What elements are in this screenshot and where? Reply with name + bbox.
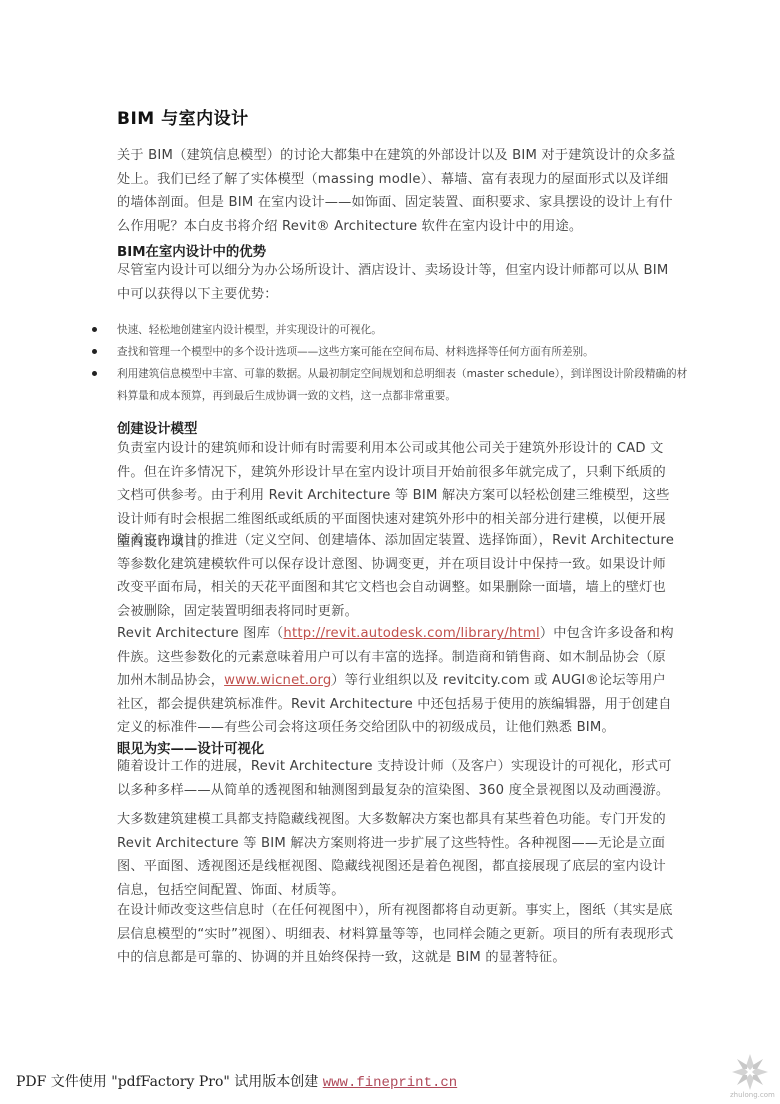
- bullet-icon: [92, 327, 97, 332]
- page-title: BIM 与室内设计: [117, 104, 249, 129]
- bullet-icon: [92, 371, 97, 376]
- list-item: 快速、轻松地创建室内设计模型，并实现设计的可视化。: [88, 319, 688, 341]
- advantages-list: 快速、轻松地创建室内设计模型，并实现设计的可视化。 查找和管理一个模型中的多个设…: [88, 319, 688, 407]
- visualization-paragraph-1: 随着设计工作的进展，Revit Architecture 支持设计师（及客户）实…: [117, 755, 677, 802]
- document-page: BIM 与室内设计 关于 BIM（建筑信息模型）的讨论大都集中在建筑的外部设计以…: [0, 0, 780, 1104]
- library-paragraph: Revit Architecture 图库（http://revit.autod…: [117, 622, 677, 740]
- list-item-text: 快速、轻松地创建室内设计模型，并实现设计的可视化。: [117, 324, 382, 336]
- advantages-paragraph: 尽管室内设计可以细分为办公场所设计、酒店设计、卖场设计等，但室内设计师都可以从 …: [117, 259, 677, 306]
- list-item: 查找和管理一个模型中的多个设计选项——这些方案可能在空间布局、材料选择等任何方面…: [88, 341, 688, 363]
- revit-library-link[interactable]: http://revit.autodesk.com/library/html: [283, 626, 539, 641]
- fineprint-link[interactable]: www.fineprint.cn: [323, 1075, 457, 1091]
- list-item: 利用建筑信息模型中丰富、可靠的数据。从最初制定空间规划和总明细表（master …: [88, 363, 688, 407]
- watermark: zhulong.com: [730, 1052, 774, 1102]
- section-heading-advantages: BIM在室内设计中的优势: [117, 241, 266, 260]
- section-heading-create-model: 创建设计模型: [117, 418, 197, 437]
- create-model-paragraph-2: 随着室内设计的推进（定义空间、创建墙体、添加固定装置、选择饰面），Revit A…: [117, 529, 677, 623]
- visualization-paragraph-3: 在设计师改变这些信息时（在任何视图中），所有视图都将自动更新。事实上，图纸（其实…: [117, 899, 677, 970]
- footer-text: PDF 文件使用 "pdfFactory Pro" 试用版本创建: [16, 1074, 323, 1090]
- wicnet-link[interactable]: www.wicnet.org: [224, 673, 331, 688]
- bullet-icon: [92, 349, 97, 354]
- list-item-text: 查找和管理一个模型中的多个设计选项——这些方案可能在空间布局、材料选择等任何方面…: [117, 346, 594, 358]
- library-text-1: Revit Architecture 图库（: [117, 626, 283, 641]
- watermark-text: zhulong.com: [730, 1091, 775, 1099]
- list-item-text: 利用建筑信息模型中丰富、可靠的数据。从最初制定空间规划和总明细表（master …: [117, 368, 687, 402]
- pdf-footer: PDF 文件使用 "pdfFactory Pro" 试用版本创建 www.fin…: [16, 1071, 457, 1091]
- visualization-paragraph-2: 大多数建筑建模工具都支持隐藏线视图。大多数解决方案也都具有某些着色功能。专门开发…: [117, 808, 677, 902]
- zhulong-logo-icon: [730, 1052, 770, 1092]
- intro-paragraph: 关于 BIM（建筑信息模型）的讨论大都集中在建筑的外部设计以及 BIM 对于建筑…: [117, 144, 677, 238]
